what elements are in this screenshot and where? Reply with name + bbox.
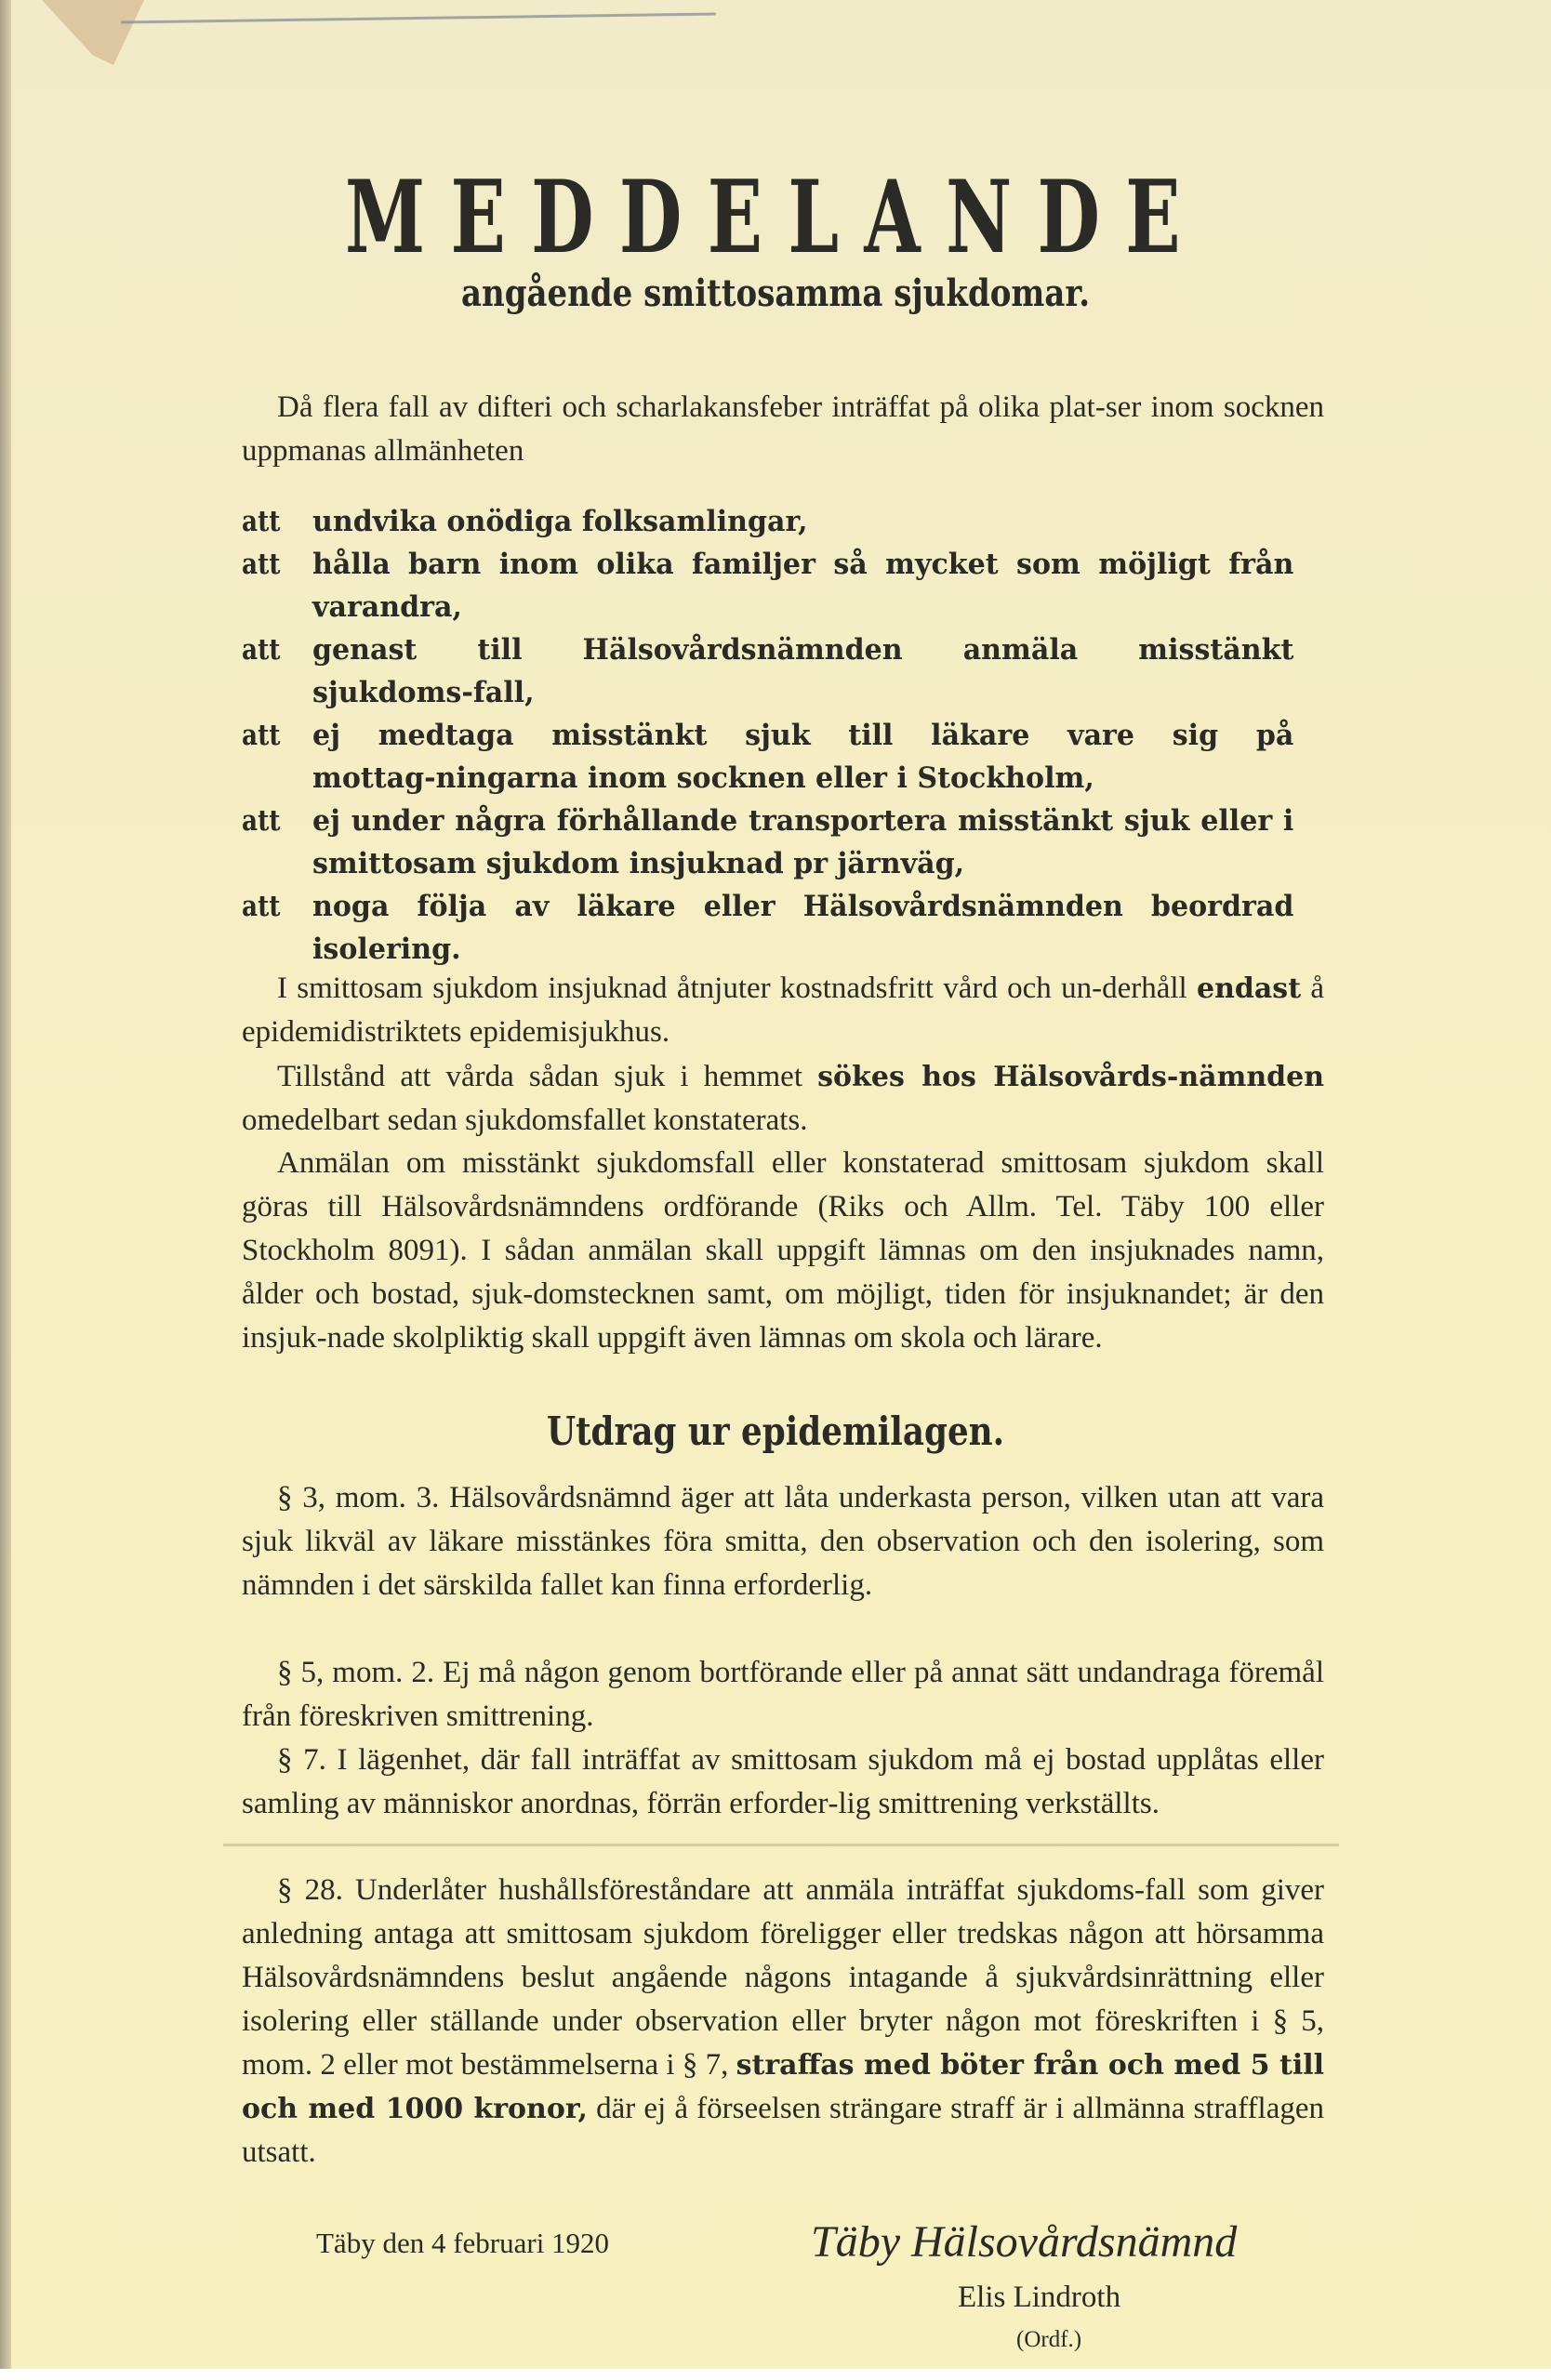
law-heading: Utdrag ur epidemilagen.	[116, 1408, 1435, 1454]
list-item: att hålla barn inom olika familjer så my…	[242, 543, 1324, 628]
scan-edge	[0, 0, 11, 2380]
list-prefix: att	[242, 628, 302, 714]
list-item: att genast till Hälsovårdsnämnden anmäla…	[242, 628, 1324, 714]
list-prefix: att	[242, 500, 302, 543]
place-date: Täby den 4 februari 1920	[316, 2227, 609, 2260]
list-text: undvika onödiga folksamlingar,	[312, 500, 1293, 543]
list-item: att ej under några förhållande transport…	[242, 800, 1324, 885]
list-prefix: att	[242, 543, 302, 628]
document-subtitle: angående smittosamma sjukdomar.	[116, 271, 1435, 315]
list-prefix: att	[242, 885, 302, 971]
list-item: att noga följa av läkare eller Hälsovård…	[242, 885, 1324, 971]
list-prefix: att	[242, 800, 302, 885]
list-text: hålla barn inom olika familjer så mycket…	[312, 543, 1293, 628]
signatory-role: (Ordf.)	[1016, 2327, 1081, 2353]
list-item: att undvika onödiga folksamlingar,	[242, 500, 1324, 543]
permit-paragraph: Tillstånd att vårda sådan sjuk i hemmet …	[242, 1055, 1324, 1143]
signatory-name: Elis Lindroth	[958, 2281, 1120, 2315]
emphasis: endast	[1197, 972, 1301, 1005]
paper-fold	[223, 1844, 1339, 1846]
text-run: Tillstånd att vårda sådan sjuk i hemmet	[277, 1060, 817, 1093]
list-text: genast till Hälsovårdsnämnden anmäla mis…	[312, 628, 1293, 714]
text-run: I smittosam sjukdom insjuknad åtnjuter k…	[277, 972, 1197, 1005]
law-section-7: § 7. I lägenhet, där fall inträffat av s…	[242, 1739, 1324, 1826]
list-prefix: att	[242, 714, 302, 800]
issuing-organization: Täby Hälsovårdsnämnd	[811, 2216, 1237, 2268]
list-item: att ej medtaga misstänkt sjuk till läkar…	[242, 714, 1324, 800]
intro-paragraph: Då flera fall av difteri och scharlakans…	[242, 386, 1324, 473]
text-run: omedelbart sedan sjukdomsfallet konstate…	[242, 1104, 808, 1137]
exhortation-list: att undvika onödiga folksamlingar, att h…	[242, 500, 1324, 971]
emphasis: sökes hos Hälsovårds‑nämnden	[817, 1061, 1324, 1093]
list-text: ej medtaga misstänkt sjuk till läkare va…	[312, 714, 1293, 800]
care-paragraph: I smittosam sjukdom insjuknad åtnjuter k…	[242, 967, 1324, 1054]
law-section-5: § 5, mom. 2. Ej må någon genom bortföran…	[242, 1651, 1324, 1739]
law-section-3: § 3, mom. 3. Hälsovårdsnämnd äger att lå…	[242, 1476, 1324, 1607]
scan-bottom-edge	[0, 2369, 1551, 2380]
report-paragraph: Anmälan om misstänkt sjukdomsfall eller …	[242, 1142, 1324, 1360]
list-text: ej under några förhållande transportera …	[312, 800, 1293, 885]
list-text: noga följa av läkare eller Hälsovårdsnäm…	[312, 885, 1293, 971]
document-title: MEDDELANDE	[218, 167, 1334, 268]
law-section-28: § 28. Underlåter hushållsföreståndare at…	[242, 1869, 1324, 2175]
